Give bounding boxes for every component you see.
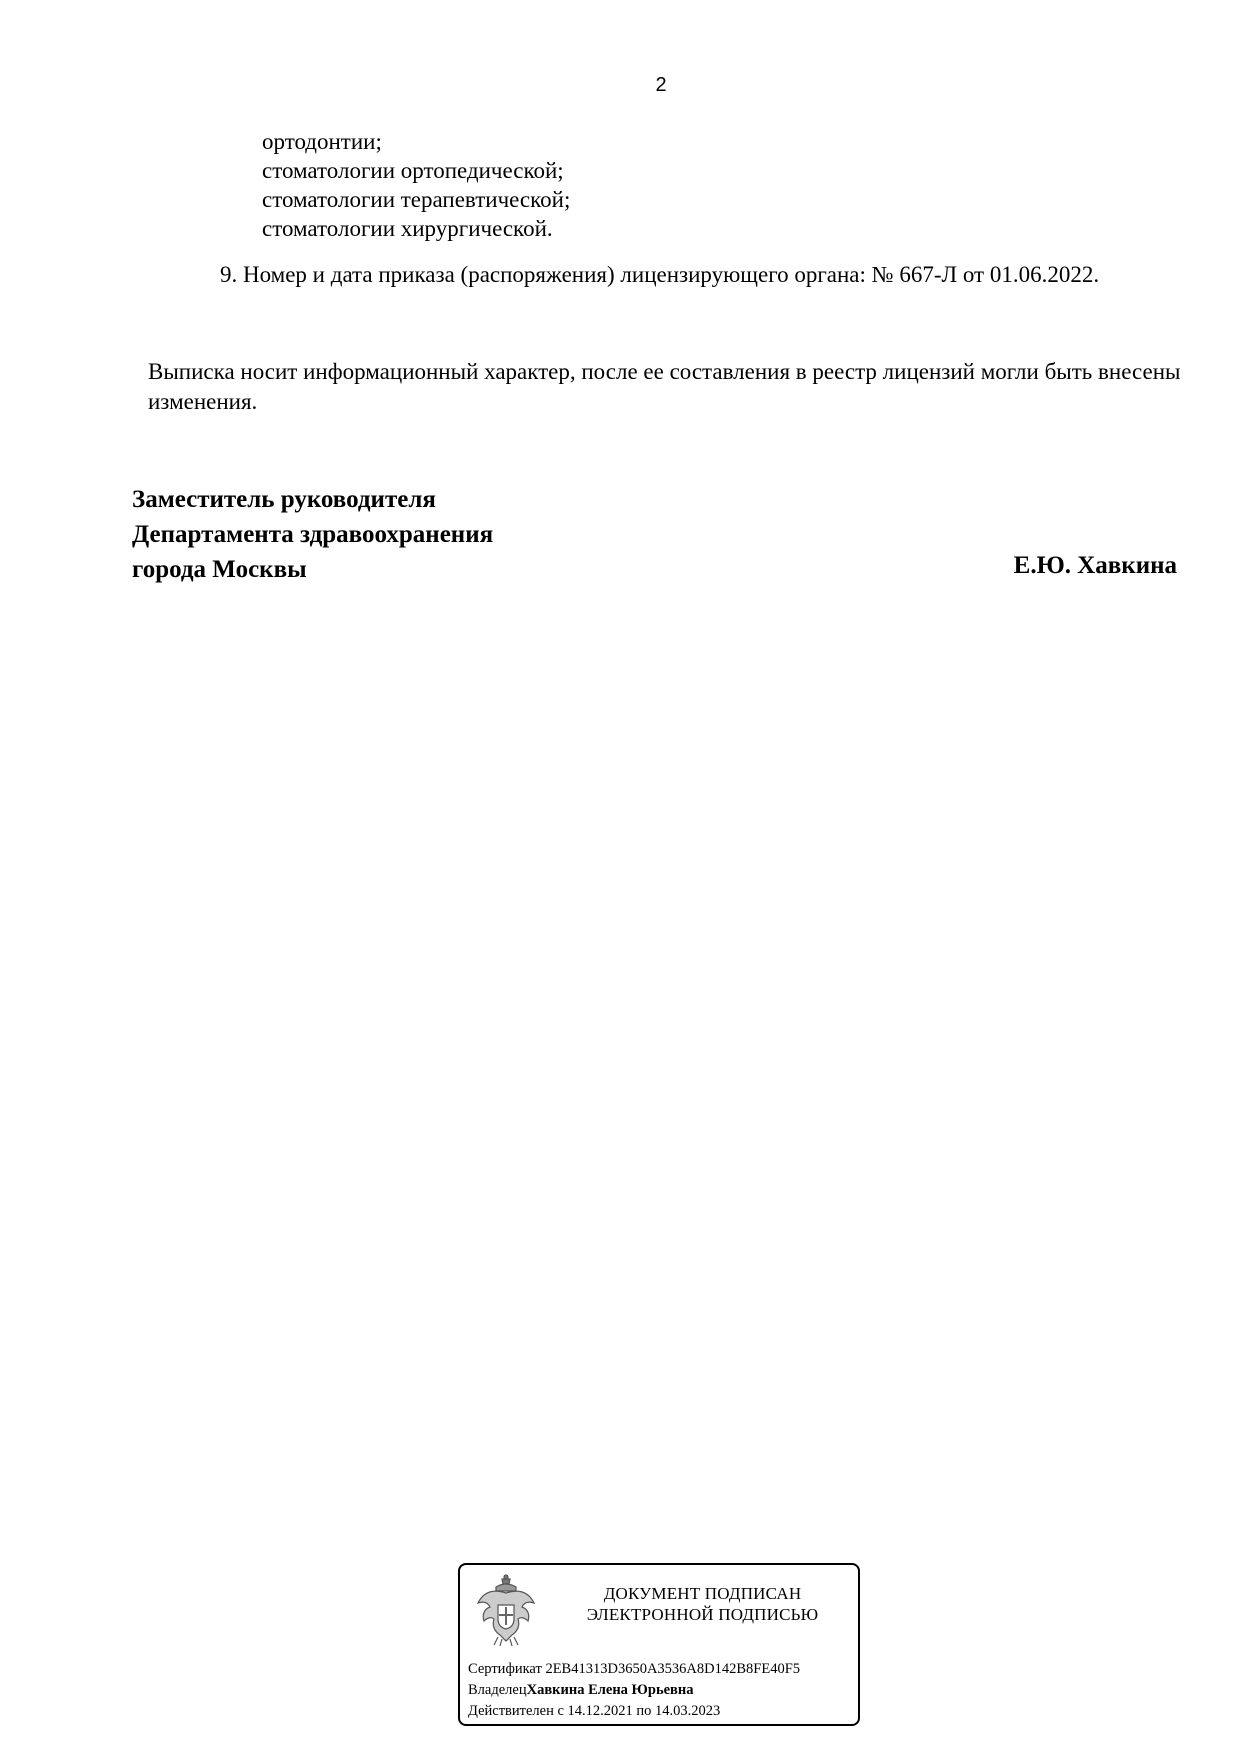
specialty-list: ортодонтии; стоматологии ортопедической;… (262, 127, 570, 243)
validity-line: Действителен с 14.12.2021 по 14.03.2023 (468, 1701, 800, 1722)
signatory-title-line: Заместитель руководителя (132, 482, 493, 517)
electronic-signature-stamp: ДОКУМЕНТ ПОДПИСАН ЭЛЕКТРОННОЙ ПОДПИСЬЮ С… (458, 1563, 860, 1726)
list-item: стоматологии хирургической. (262, 214, 570, 243)
informational-note: Выписка носит информационный характер, п… (148, 357, 1188, 417)
signatory-name: Е.Ю. Хавкина (1014, 552, 1177, 580)
signatory-title: Заместитель руководителя Департамента зд… (132, 482, 493, 587)
owner-line: ВладелецХавкина Елена Юрьевна (468, 1680, 800, 1701)
order-number-item: 9. Номер и дата приказа (распоряжения) л… (220, 262, 1099, 288)
list-item: ортодонтии; (262, 127, 570, 156)
list-item: стоматологии терапевтической; (262, 185, 570, 214)
signatory-title-line: города Москвы (132, 552, 493, 587)
signatory-title-line: Департамента здравоохранения (132, 517, 493, 552)
owner-value: Хавкина Елена Юрьевна (527, 1682, 694, 1698)
stamp-heading-line: ДОКУМЕНТ ПОДПИСАН (550, 1583, 855, 1604)
certificate-label: Сертификат (468, 1661, 542, 1677)
certificate-value: 2EB41313D3650A3536A8D142B8FE40F5 (545, 1661, 800, 1677)
stamp-heading: ДОКУМЕНТ ПОДПИСАН ЭЛЕКТРОННОЙ ПОДПИСЬЮ (550, 1583, 855, 1625)
stamp-heading-line: ЭЛЕКТРОННОЙ ПОДПИСЬЮ (550, 1604, 855, 1625)
certificate-line: Сертификат 2EB41313D3650A3536A8D142B8FE4… (468, 1659, 800, 1680)
list-item: стоматологии ортопедической; (262, 156, 570, 185)
stamp-details: Сертификат 2EB41313D3650A3536A8D142B8FE4… (468, 1659, 800, 1722)
coat-of-arms-icon (474, 1573, 538, 1647)
owner-label: Владелец (468, 1682, 527, 1698)
page-number: 2 (0, 74, 1241, 97)
